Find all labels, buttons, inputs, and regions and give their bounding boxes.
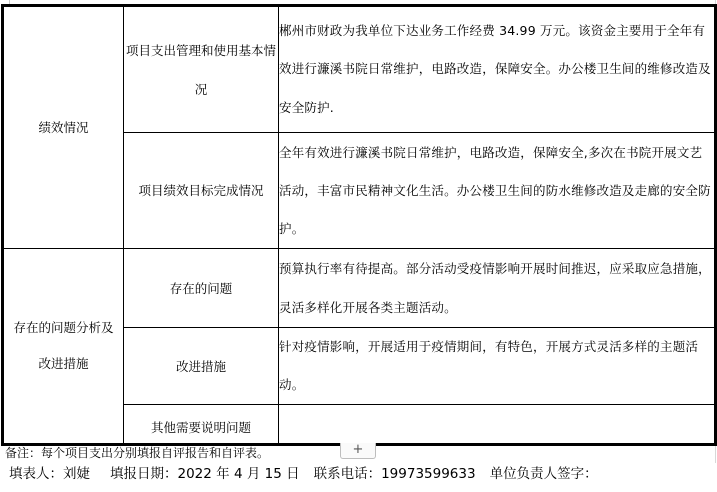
signature-label: 单位负责人签字： (490, 465, 598, 483)
subcategory-cell: 项目支出管理和使用基本情况 (124, 6, 279, 133)
content-text: 针对疫情影响，开展适用于疫情期间，有特色，开展方式灵活多样的主题活动。 (279, 339, 698, 392)
phone-label: 联系电话： (314, 465, 382, 483)
content-cell[interactable]: 郴州市财政为我单位下达业务工作经费 34.99 万元。该资金主要用于全年有效进行… (279, 6, 716, 133)
table-row: 绩效情况 项目支出管理和使用基本情况 郴州市财政为我单位下达业务工作经费 34.… (3, 6, 716, 133)
subcategory-label: 项目支出管理和使用基本情况 (126, 43, 276, 97)
content-text: 全年有效进行濂溪书院日常维护，电路改造，保障安全,多次在书院开展文艺活动，丰富市… (279, 145, 711, 236)
document-page: 绩效情况 项目支出管理和使用基本情况 郴州市财政为我单位下达业务工作经费 34.… (0, 0, 717, 492)
remark-note: 备注：每个项目支出分别填报自评报告和自评表。 (5, 445, 269, 461)
phone-value: 19973599633 (381, 465, 475, 483)
filler-name: 刘婕 (63, 465, 90, 483)
category-cell-problems: 存在的问题分析及改进措施 (3, 249, 124, 445)
subcategory-label: 存在的问题 (170, 281, 233, 296)
content-cell-empty[interactable] (279, 405, 716, 445)
content-text: 郴州市财政为我单位下达业务工作经费 34.99 万元。该资金主要用于全年有效进行… (279, 23, 711, 115)
plus-icon: + (353, 442, 364, 457)
content-cell[interactable]: 全年有效进行濂溪书院日常维护，电路改造，保障安全,多次在书院开展文艺活动，丰富市… (279, 133, 716, 249)
subcategory-cell: 改进措施 (124, 328, 279, 405)
content-cell[interactable]: 预算执行率有待提高。部分活动受疫情影响开展时间推迟，应采取应急措施，灵活多样化开… (279, 249, 716, 328)
category-cell-performance: 绩效情况 (3, 6, 124, 249)
date-label: 填报日期： (110, 465, 178, 483)
subcategory-label: 改进措施 (176, 359, 226, 374)
category-label: 绩效情况 (38, 120, 88, 135)
subcategory-cell: 项目绩效目标完成情况 (124, 133, 279, 249)
add-row-button[interactable]: + (340, 443, 376, 459)
subcategory-cell: 其他需要说明问题 (124, 405, 279, 445)
table-row: 存在的问题分析及改进措施 存在的问题 预算执行率有待提高。部分活动受疫情影响开展… (3, 249, 716, 328)
subcategory-label: 其他需要说明问题 (151, 420, 251, 435)
performance-evaluation-table: 绩效情况 项目支出管理和使用基本情况 郴州市财政为我单位下达业务工作经费 34.… (1, 4, 717, 446)
content-text: 预算执行率有待提高。部分活动受疫情影响开展时间推迟，应采取应急措施，灵活多样化开… (279, 261, 711, 315)
subcategory-label: 项目绩效目标完成情况 (138, 183, 263, 198)
category-label: 存在的问题分析及改进措施 (13, 320, 113, 371)
margin-marker (715, 443, 716, 463)
filler-label: 填表人： (9, 465, 63, 483)
subcategory-cell: 存在的问题 (124, 249, 279, 328)
footer-signature-line: 填表人：刘婕填报日期：2022 年 4 月 15 日联系电话：199735996… (9, 465, 598, 483)
date-value: 2022 年 4 月 15 日 (178, 465, 300, 483)
content-cell[interactable]: 针对疫情影响，开展适用于疫情期间，有特色，开展方式灵活多样的主题活动。 (279, 328, 716, 405)
